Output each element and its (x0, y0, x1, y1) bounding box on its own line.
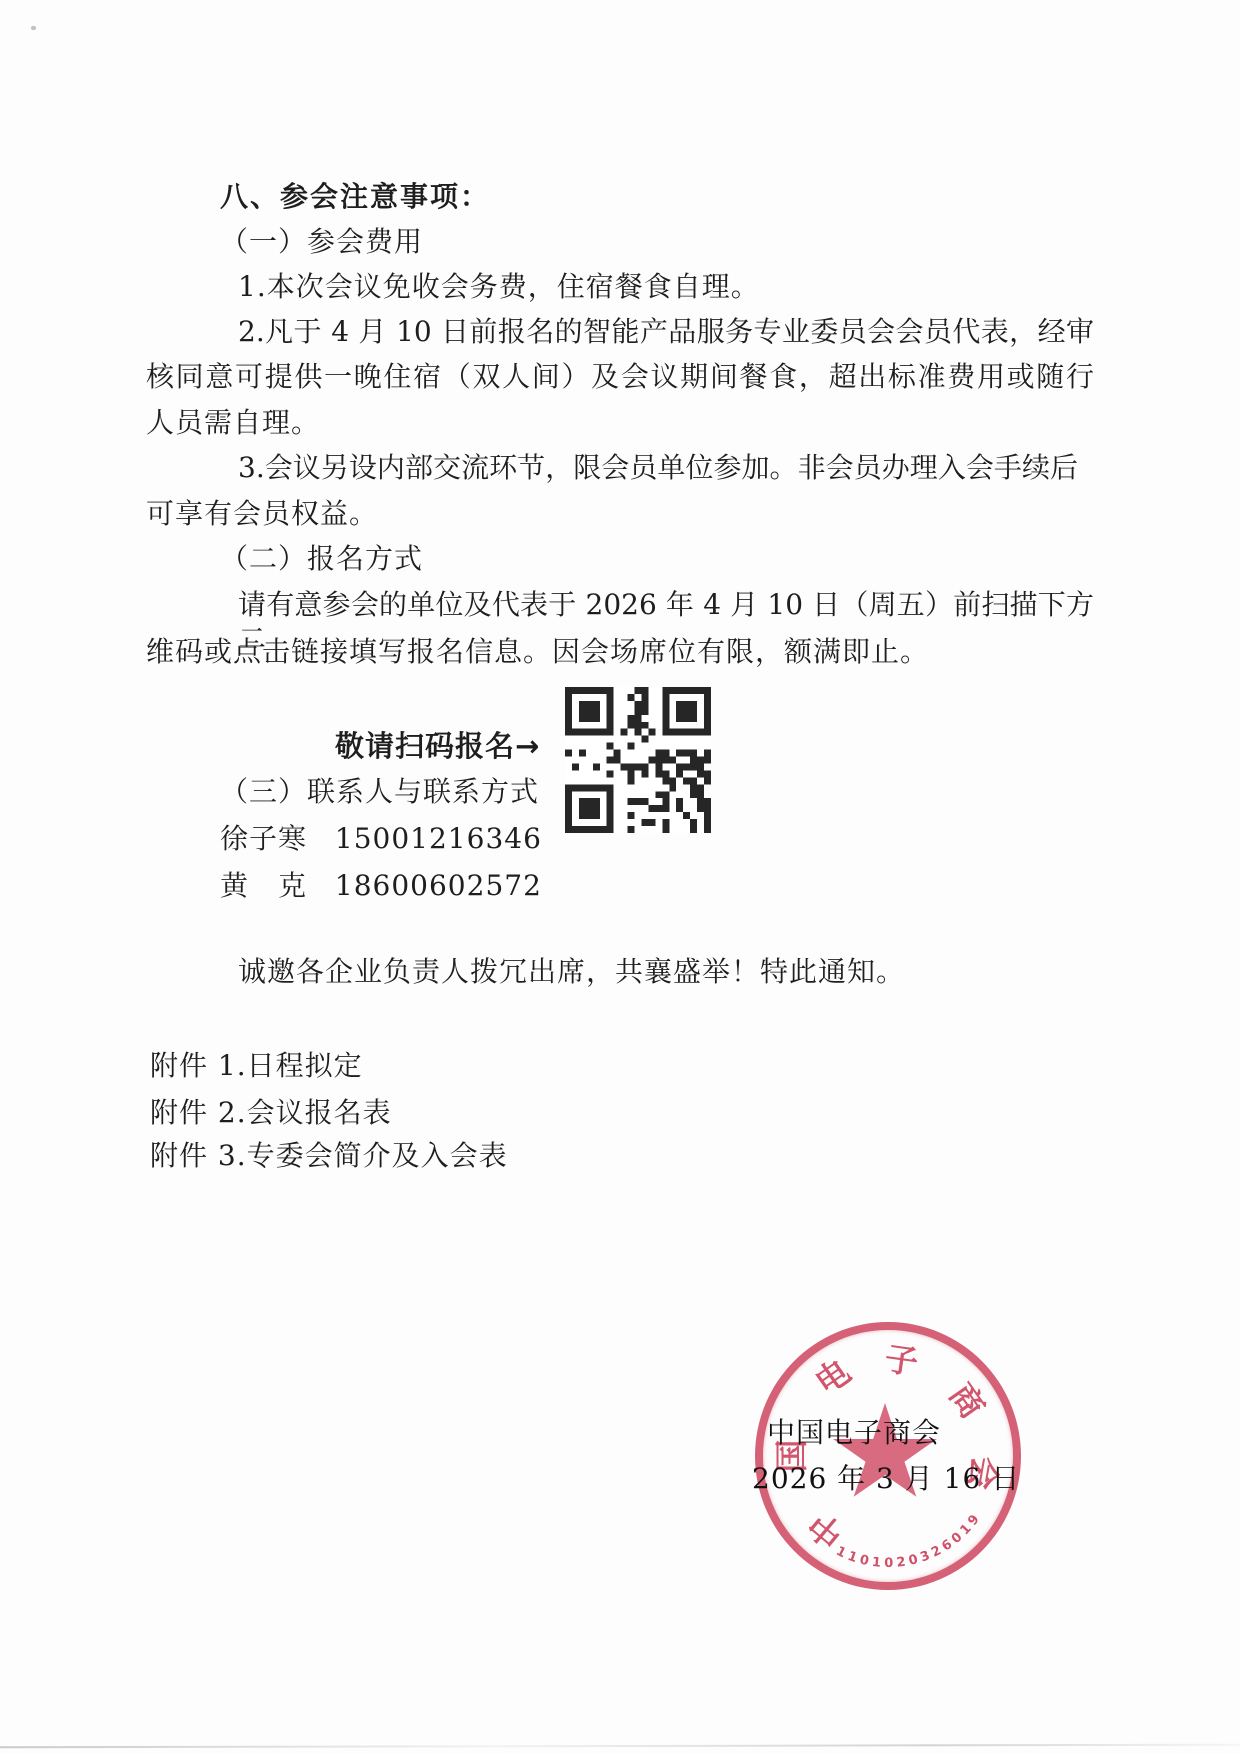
contact-name: 黄 克 (220, 869, 307, 902)
scan-artifact-line (0, 1744, 1240, 1749)
org-name: 中国电子商会 (767, 1416, 941, 1450)
body-line-reg-2: 维码或点击链接填写报名信息。因会场席位有限，额满即止。 (146, 635, 929, 669)
body-line-item2-3: 人员需自理。 (146, 406, 320, 440)
contact-row-1: 徐子寒 15001216346 (220, 822, 542, 856)
body-line-item2-1: 2.凡于 4 月 10 日前报名的智能产品服务专业委员会会员代表，经审 (238, 315, 1094, 349)
contact-phone: 18600602572 (335, 869, 542, 902)
qr-code (565, 687, 711, 833)
attachment-item-2: 附件 2.会议报名表 (150, 1096, 392, 1130)
contact-name: 徐子寒 (220, 822, 307, 855)
subsection-title-1: （一）参会费用 (220, 225, 423, 259)
attachment-item-1: 附件 1.日程拟定 (150, 1049, 363, 1083)
body-line-item3-1: 3.会议另设内部交流环节，限会员单位参加。非会员办理入会手续后 (238, 451, 1078, 485)
date-line: 2026 年 3 月 16 日 (752, 1462, 1020, 1496)
section-heading: 八、参会注意事项： (220, 180, 490, 214)
contact-phone: 15001216346 (335, 822, 542, 855)
stamp-ring-char: 子 (880, 1339, 923, 1382)
subsection-title-2: （二）报名方式 (220, 542, 423, 576)
body-line-item3-2: 可享有会员权益。 (146, 497, 378, 531)
scan-speck (31, 26, 36, 30)
attachment-item-3: 附件 3.专委会简介及入会表 (150, 1139, 508, 1173)
official-stamp: 中国电子商会 1101020326019 (755, 1322, 1021, 1590)
closing-line: 诚邀各企业负责人拨冗出席，共襄盛举！特此通知。 (238, 955, 905, 989)
subsection-title-3: （三）联系人与联系方式 (220, 775, 539, 809)
body-line-item1: 1.本次会议免收会务费，住宿餐食自理。 (238, 270, 760, 304)
qr-caption: 敬请扫码报名→ (335, 729, 540, 763)
scanned-notice-page: 八、参会注意事项： （一）参会费用 1.本次会议免收会务费，住宿餐食自理。 2.… (0, 0, 1240, 1754)
contact-row-2: 黄 克 18600602572 (220, 869, 542, 903)
body-line-item2-2: 核同意可提供一晚住宿（双人间）及会议期间餐食，超出标准费用或随行 (146, 360, 1094, 394)
